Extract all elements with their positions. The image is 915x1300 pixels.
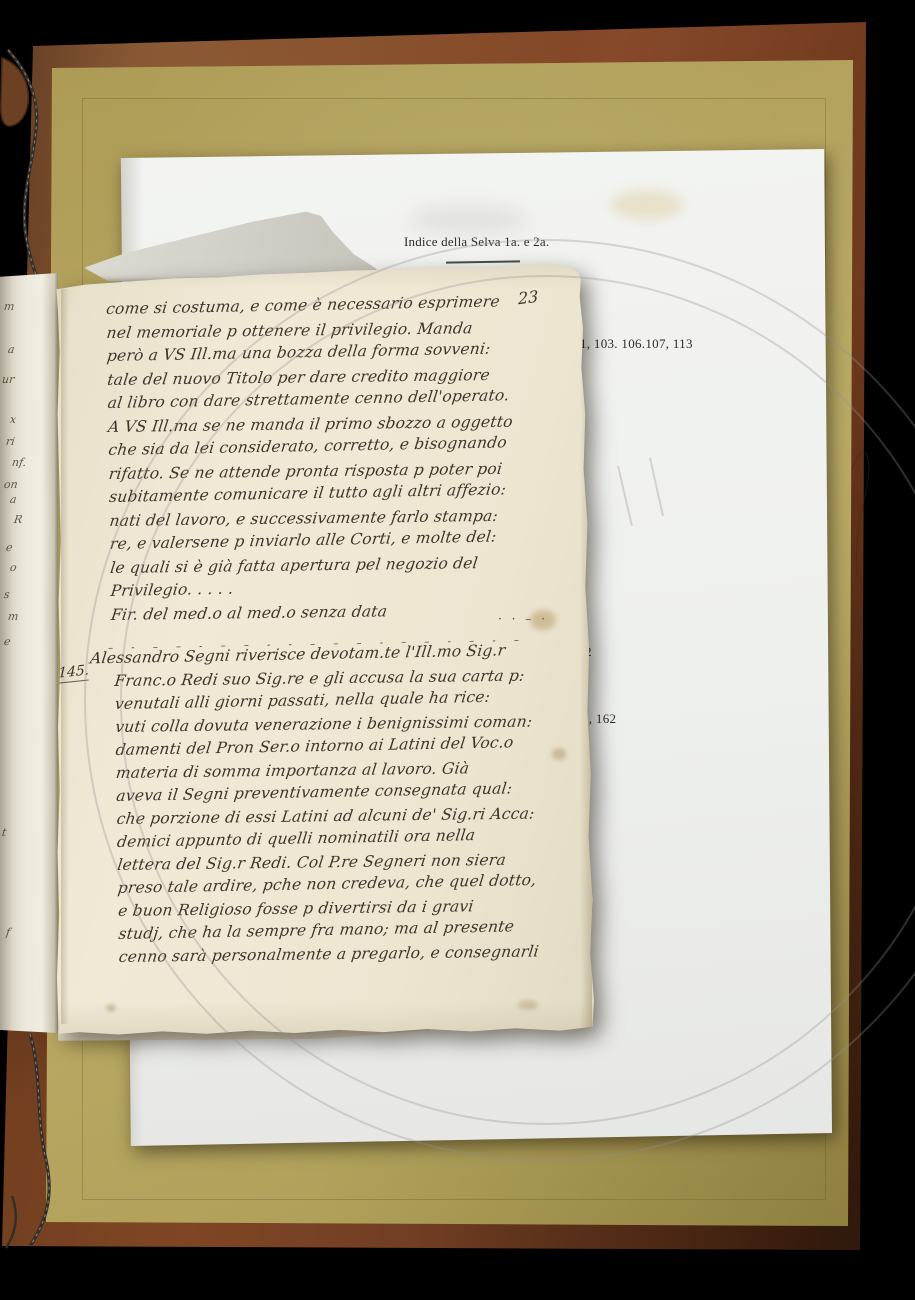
page-stack-left-edge: maurxrinf.onaReosmetf — [0, 273, 58, 1033]
stain-spot — [408, 203, 528, 237]
printed-page-header: Indice della Selva 1a. e 2a. — [404, 234, 549, 250]
foxing-spot — [106, 1004, 116, 1012]
handwriting-fragment: nf. — [11, 456, 27, 469]
handwriting-fragment: on — [3, 478, 19, 491]
handwriting-fragment: m — [7, 610, 19, 623]
stain-spot — [610, 190, 684, 220]
page-fold-crease — [61, 289, 69, 1024]
handwriting-fragment: ur — [1, 373, 15, 386]
manuscript-paragraph-1: come si costuma, e come è necessario esp… — [106, 291, 586, 627]
handwriting-fragment: e — [5, 541, 13, 554]
handwriting-fragment: f — [5, 926, 11, 939]
foxing-spot — [518, 1000, 538, 1010]
handwriting-fragment: ri — [5, 435, 16, 448]
handwriting-fragment: x — [9, 413, 17, 426]
margin-entry-number: 145. — [58, 662, 90, 683]
handwritten-line: cenno sarà personalmente a pregarlo, e c… — [117, 940, 595, 969]
handwriting-fragment: t — [1, 826, 7, 839]
page-reference: 1, 103. 106.107, 113 — [580, 336, 693, 352]
handwriting-fragment: e — [3, 635, 11, 648]
manuscript-page: 23 come si costuma, e come è necessario … — [52, 258, 604, 1040]
handwriting-fragment: o — [9, 561, 17, 574]
handwriting-fragment: R — [13, 513, 23, 526]
closing-dots: · · – · — [498, 612, 548, 626]
photo-stage: Indice della Selva 1a. e 2a. 1, 103. 106… — [0, 0, 915, 1300]
leather-tie-remnant — [1, 58, 29, 126]
handwriting-fragment: s — [3, 588, 10, 601]
header-rule — [446, 260, 520, 263]
handwriting-fragment: a — [9, 493, 17, 506]
handwriting-fragment: m — [3, 300, 15, 313]
manuscript-paragraph-2: Alessandro Segni riverisce devotam.te l'… — [114, 640, 594, 969]
handwriting-fragment: a — [7, 343, 15, 356]
